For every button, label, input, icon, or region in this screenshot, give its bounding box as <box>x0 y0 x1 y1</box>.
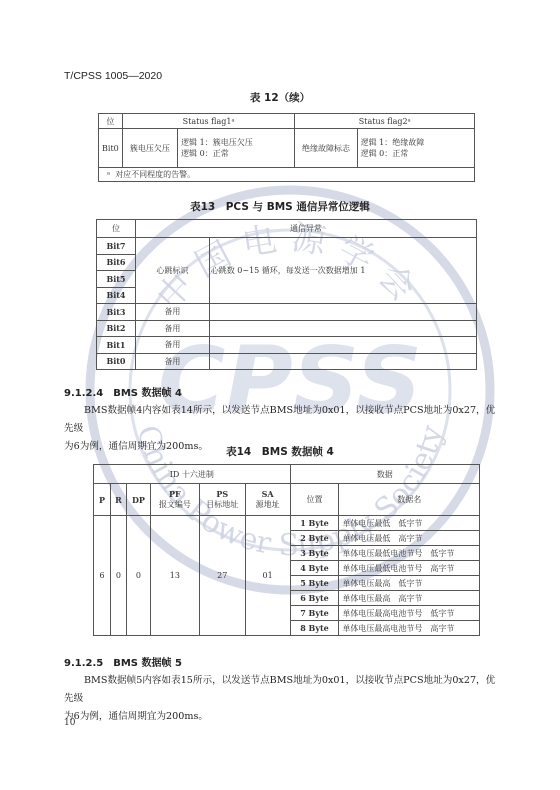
bit-cell: Bit1 <box>97 337 136 354</box>
reserved-name: 备用 <box>135 320 209 337</box>
reserved-name: 备用 <box>135 337 209 354</box>
bit-cell: Bit6 <box>97 254 136 271</box>
bit-cell: Bit2 <box>97 320 136 337</box>
table12-header-bit: 位 <box>99 114 123 129</box>
table-row: Bit7 心跳标识 心跳数 0~15 循环，每发送一次数据增加 1 <box>97 238 477 255</box>
reserved-desc <box>209 353 476 370</box>
byte-name: 单体电压最低电池节号 低字节 <box>339 546 480 561</box>
value-dp: 0 <box>126 516 150 636</box>
table14: ID 十六进制 数据 P R DP PF报文编号 PS目标地址 SA源地址 位置… <box>93 464 480 636</box>
value-ps: 27 <box>199 516 245 636</box>
col-sa: SA源地址 <box>245 484 290 516</box>
byte-position: 4 Byte <box>290 561 339 576</box>
col-r: R <box>110 484 126 516</box>
table-row: Bit0 备用 <box>97 353 477 370</box>
bit-cell: Bit3 <box>97 304 136 321</box>
table13-caption: 表13 PCS 与 BMS 通信异常位逻辑 <box>0 199 560 214</box>
table12-caption: 表 12（续） <box>0 90 560 105</box>
value-r: 0 <box>110 516 126 636</box>
byte-name: 单体电压最高 低字节 <box>339 576 480 591</box>
col-pf: PF报文编号 <box>150 484 199 516</box>
reserved-desc <box>209 337 476 354</box>
flag1-name: 簇电压欠压 <box>122 129 177 168</box>
reserved-name: 备用 <box>135 304 209 321</box>
byte-position: 3 Byte <box>290 546 339 561</box>
table-row: Bit1 备用 <box>97 337 477 354</box>
table12-header-flag2: Status flag2ᵃ <box>295 114 475 129</box>
value-sa: 01 <box>245 516 290 636</box>
value-p: 6 <box>94 516 111 636</box>
value-pf: 13 <box>150 516 199 636</box>
table12-header-flag1: Status flag1ᵃ <box>122 114 295 129</box>
byte-position: 5 Byte <box>290 576 339 591</box>
byte-position: 7 Byte <box>290 606 339 621</box>
col-data-name: 数据名 <box>339 484 480 516</box>
byte-position: 8 Byte <box>290 621 339 636</box>
flag1-logic: 逻辑 1：簇电压欠压逻辑 0：正常 <box>178 129 295 168</box>
byte-position: 2 Byte <box>290 531 339 546</box>
table12: 位 Status flag1ᵃ Status flag2ᵃ Bit0 簇电压欠压… <box>98 113 475 182</box>
byte-name: 单体电压最高电池节号 高字节 <box>339 621 480 636</box>
table-row: Bit0 簇电压欠压 逻辑 1：簇电压欠压逻辑 0：正常 绝缘故障标志 逻辑 1… <box>99 129 475 168</box>
page-number: 10 <box>64 718 75 728</box>
bit-cell: Bit0 <box>99 129 123 168</box>
bit-cell: Bit4 <box>97 287 136 304</box>
reserved-desc <box>209 304 476 321</box>
table-row: Bit2 备用 <box>97 320 477 337</box>
col-ps: PS目标地址 <box>199 484 245 516</box>
col-p: P <box>94 484 111 516</box>
table14-caption: 表14 BMS 数据帧 4 <box>0 444 560 459</box>
table13-header-comm: 通信异常 <box>135 220 476 238</box>
reserved-desc <box>209 320 476 337</box>
byte-name: 单体电压最高电池节号 低字节 <box>339 606 480 621</box>
table-row: 6 0 0 13 27 01 1 Byte 单体电压最低 低字节 <box>94 516 480 531</box>
byte-position: 1 Byte <box>290 516 339 531</box>
section-heading-9124: 9.1.2.4 BMS 数据帧 4 <box>64 384 182 399</box>
byte-name: 单体电压最低 高字节 <box>339 531 480 546</box>
reserved-name: 备用 <box>135 353 209 370</box>
table-row: Bit3 备用 <box>97 304 477 321</box>
byte-name: 单体电压最低 低字节 <box>339 516 480 531</box>
col-position: 位置 <box>290 484 339 516</box>
section-9125-paragraph: BMS数据帧5内容如表15所示，以发送节点BMS地址为0x01，以接收节点PCS… <box>64 672 504 726</box>
heartbeat-desc: 心跳数 0~15 循环，每发送一次数据增加 1 <box>209 238 476 304</box>
byte-name: 单体电压最高 高字节 <box>339 591 480 606</box>
flag2-name: 绝缘故障标志 <box>295 129 357 168</box>
group-id-header: ID 十六进制 <box>94 465 291 484</box>
bit-cell: Bit0 <box>97 353 136 370</box>
group-data-header: 数据 <box>290 465 479 484</box>
bit-cell: Bit5 <box>97 271 136 288</box>
col-dp: DP <box>126 484 150 516</box>
heartbeat-name: 心跳标识 <box>135 238 209 304</box>
byte-name: 单体电压最低电池节号 高字节 <box>339 561 480 576</box>
bit-cell: Bit7 <box>97 238 136 255</box>
document-id: T/CPSS 1005—2020 <box>64 70 162 82</box>
byte-position: 6 Byte <box>290 591 339 606</box>
flag2-logic: 逻辑 1：绝缘故障逻辑 0：正常 <box>357 129 474 168</box>
section-heading-9125: 9.1.2.5 BMS 数据帧 5 <box>64 654 182 669</box>
table13-header-bit: 位 <box>97 220 136 238</box>
table12-footnote: ᵃ 对应不同程度的告警。 <box>99 168 475 182</box>
table13: 位 通信异常 Bit7 心跳标识 心跳数 0~15 循环，每发送一次数据增加 1… <box>96 219 477 370</box>
